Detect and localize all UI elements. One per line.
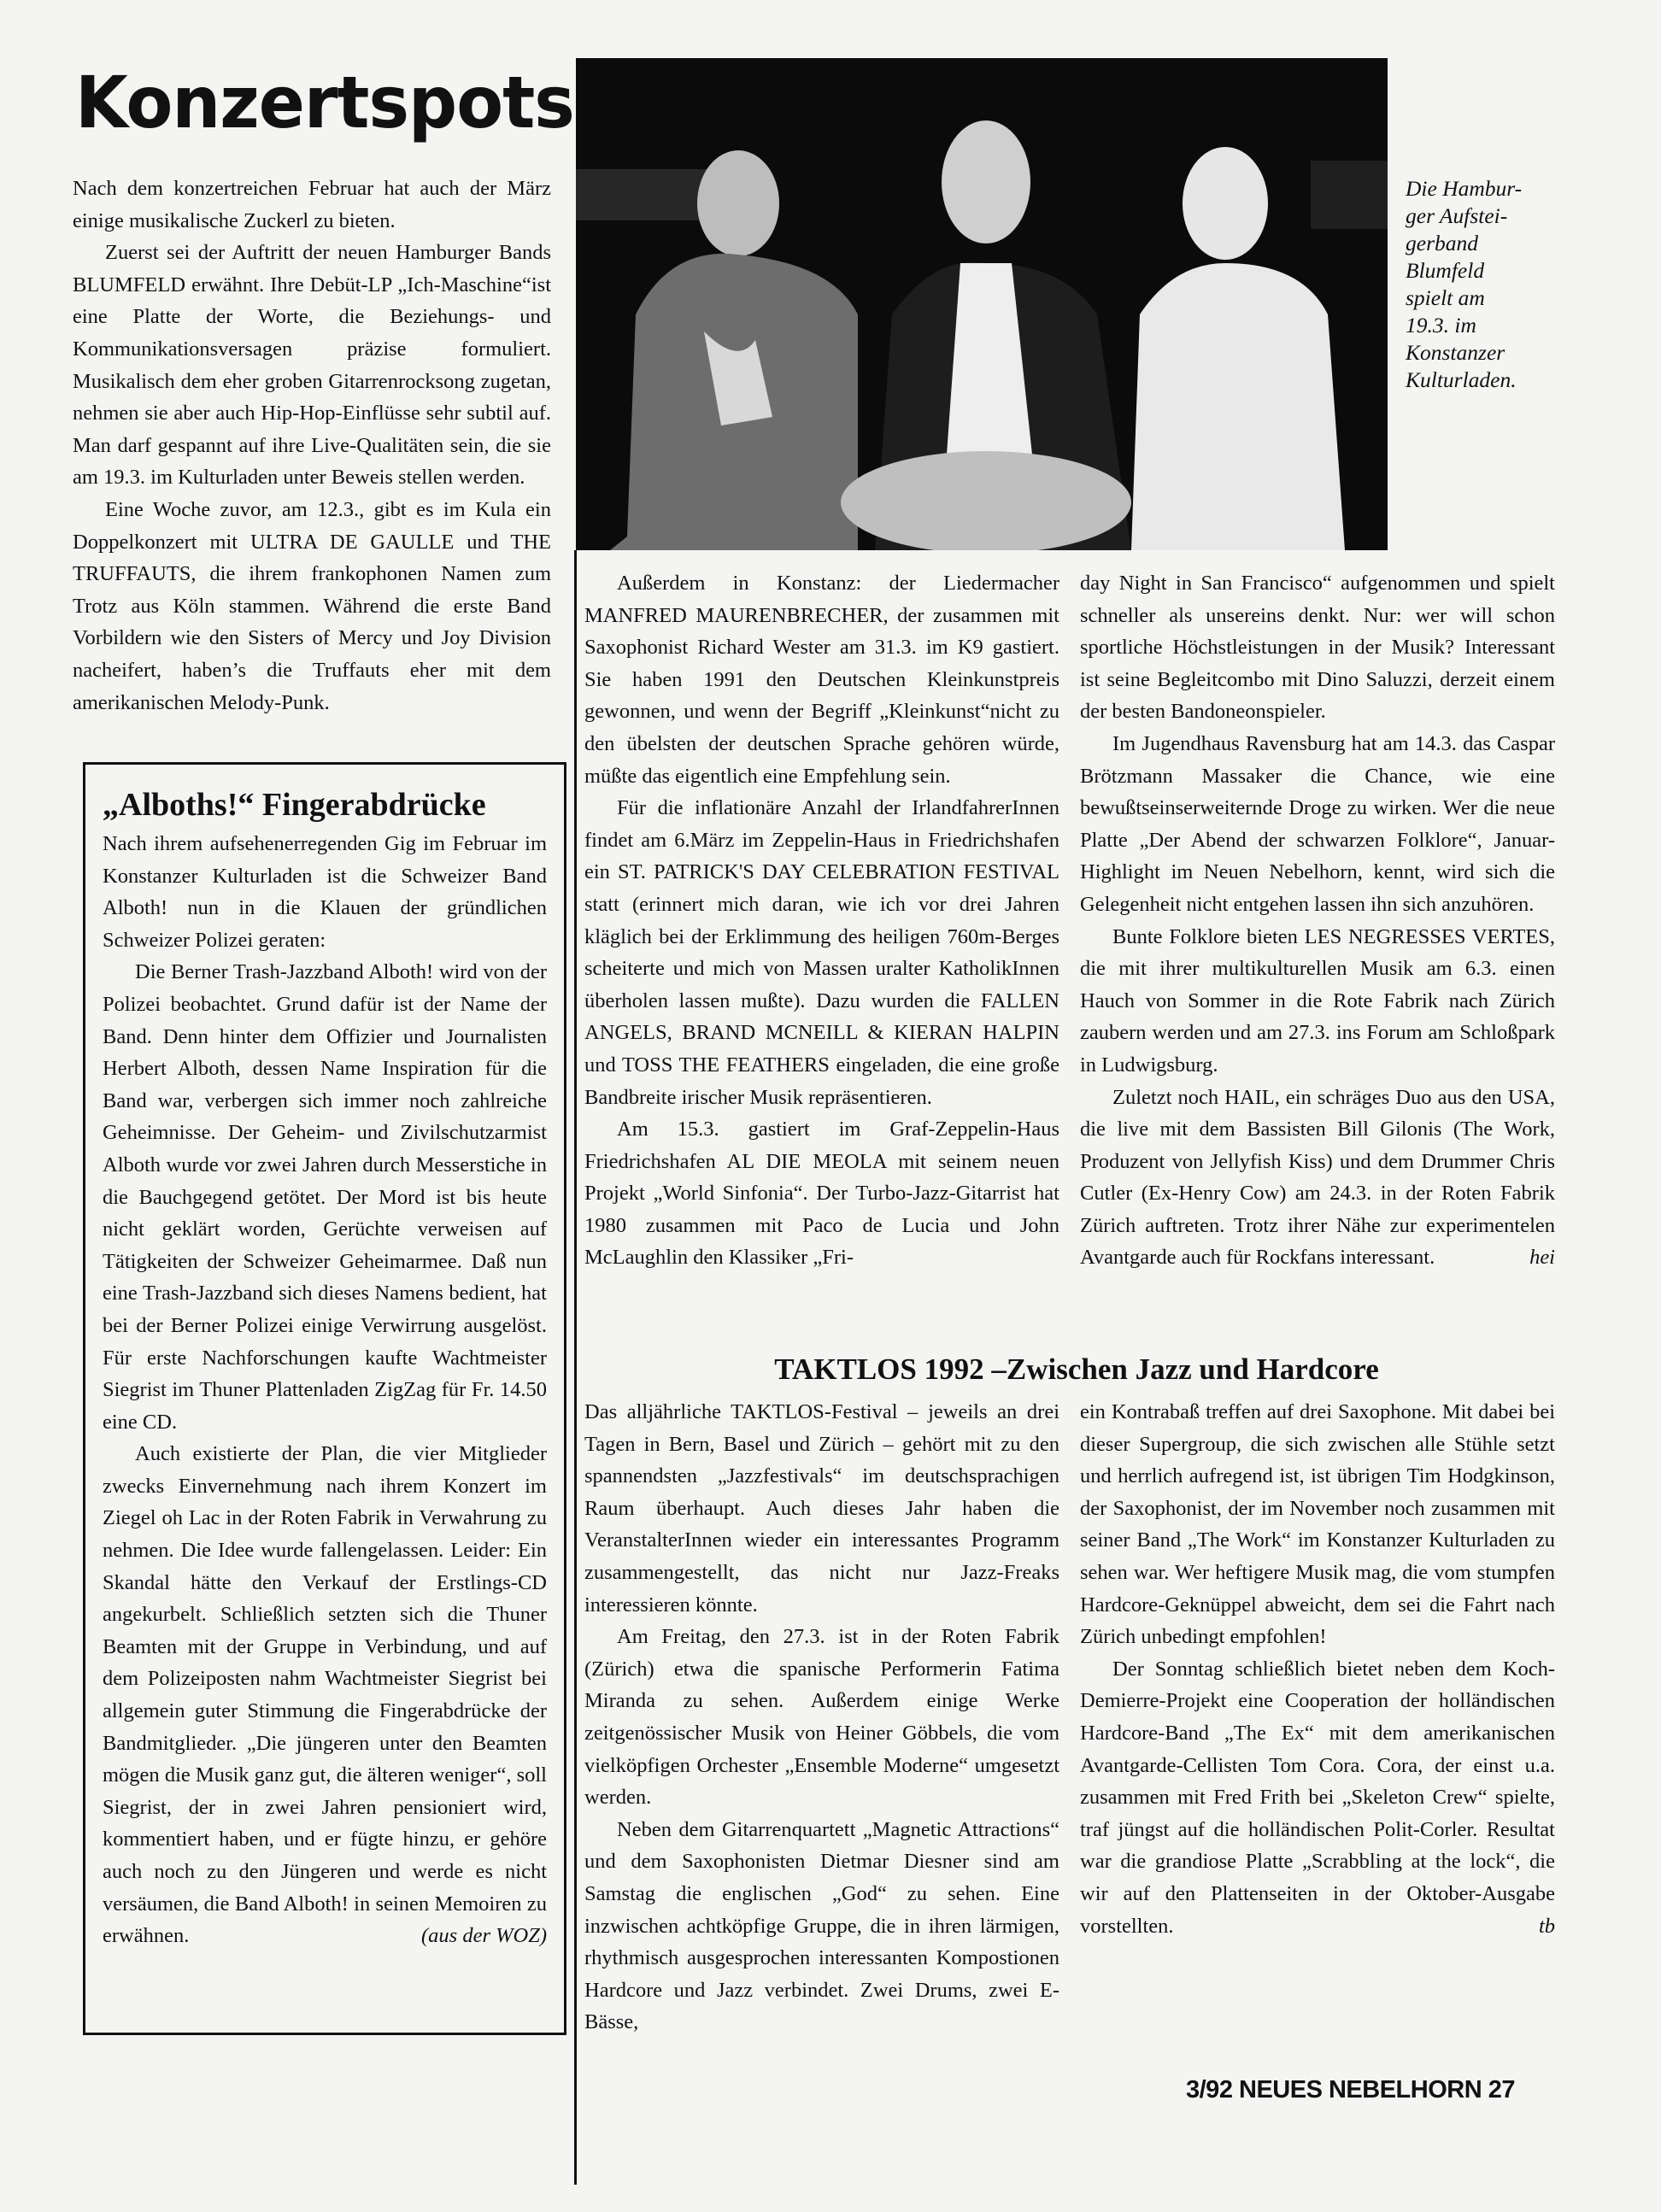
intro-paragraph: Nach dem konzertreichen Februar hat auch… xyxy=(73,173,551,237)
intro-paragraph: Zuerst sei der Auftritt der neuen Hambur… xyxy=(73,237,551,494)
article-paragraph: Zuletzt noch HAIL, ein schräges Duo aus … xyxy=(1080,1082,1555,1275)
article-paragraph: Bunte Folklore bieten LES NEGRESSES VERT… xyxy=(1080,921,1555,1082)
article-paragraph: Außerdem in Konstanz: der Liedermacher M… xyxy=(584,567,1059,792)
author-signature: hei xyxy=(1497,1241,1555,1274)
author-signature: tb xyxy=(1506,1910,1555,1943)
taktlos-paragraph: ein Kontrabaß treffen auf drei Saxophone… xyxy=(1080,1396,1555,1653)
box-paragraph: Nach ihrem aufsehenerregenden Gig im Feb… xyxy=(103,828,547,956)
page-headline: Konzertspots xyxy=(75,60,574,145)
taktlos-paragraph: Am Freitag, den 27.3. ist in der Roten F… xyxy=(584,1621,1059,1814)
sidebar-box-title: „Alboths!“ Fingerabdrücke xyxy=(103,783,547,826)
taktlos-paragraph: Der Sonntag schließlich bietet neben dem… xyxy=(1080,1653,1555,1942)
article-paragraph-text: Zuletzt noch HAIL, ein schräges Duo aus … xyxy=(1080,1086,1555,1270)
main-article-middle: Außerdem in Konstanz: der Liedermacher M… xyxy=(584,567,1059,1274)
caption-line: spielt am xyxy=(1406,285,1534,312)
taktlos-paragraph: Neben dem Gitarrenquartett „Magnetic Att… xyxy=(584,1814,1059,2039)
article-paragraph: Im Jugendhaus Ravensburg hat am 14.3. da… xyxy=(1080,728,1555,921)
box-paragraph: Die Berner Trash-Jazzband Alboth! wird v… xyxy=(103,956,547,1438)
taktlos-paragraph: Das alljährliche TAKTLOS-Festival – jewe… xyxy=(584,1396,1059,1621)
main-article-right: day Night in San Francisco“ aufgenommen … xyxy=(1080,567,1555,1274)
caption-line: 19.3. im xyxy=(1406,312,1534,339)
caption-line: Die Hambur- xyxy=(1406,175,1534,202)
taktlos-article-left: Das alljährliche TAKTLOS-Festival – jewe… xyxy=(584,1396,1059,2039)
caption-line: Blumfeld xyxy=(1406,257,1534,285)
photo-caption: Die Hambur- ger Aufstei- gerband Blumfel… xyxy=(1406,175,1534,394)
band-photo xyxy=(576,58,1388,550)
taktlos-headline: TAKTLOS 1992 –Zwischen Jazz und Hardcore xyxy=(564,1350,1589,1389)
caption-line: Kulturladen. xyxy=(1406,367,1534,394)
box-paragraph-text: Auch existierte der Plan, die vier Mitgl… xyxy=(103,1442,547,1947)
box-paragraph: Auch existierte der Plan, die vier Mitgl… xyxy=(103,1438,547,1952)
caption-line: ger Aufstei- xyxy=(1406,202,1534,230)
taktlos-paragraph-text: Der Sonntag schließlich bietet neben dem… xyxy=(1080,1658,1555,1938)
caption-line: Konstanzer xyxy=(1406,339,1534,367)
intro-article: Nach dem konzertreichen Februar hat auch… xyxy=(73,173,551,719)
band-photo-image xyxy=(576,58,1388,550)
page-footer: 3/92 NEUES NEBELHORN 27 xyxy=(1186,2076,1515,2104)
source-credit: (aus der WOZ) xyxy=(389,1920,547,1952)
article-paragraph: Am 15.3. gastiert im Graf-Zeppelin-Haus … xyxy=(584,1113,1059,1274)
sidebar-box-article: „Alboths!“ Fingerabdrücke Nach ihrem auf… xyxy=(83,762,566,2035)
caption-line: gerband xyxy=(1406,230,1534,257)
article-paragraph: Für die inflationäre Anzahl der Irlandfa… xyxy=(584,792,1059,1113)
article-paragraph: day Night in San Francisco“ aufgenommen … xyxy=(1080,567,1555,728)
taktlos-article-right: ein Kontrabaß treffen auf drei Saxophone… xyxy=(1080,1396,1555,1942)
intro-paragraph: Eine Woche zuvor, am 12.3., gibt es im K… xyxy=(73,494,551,719)
